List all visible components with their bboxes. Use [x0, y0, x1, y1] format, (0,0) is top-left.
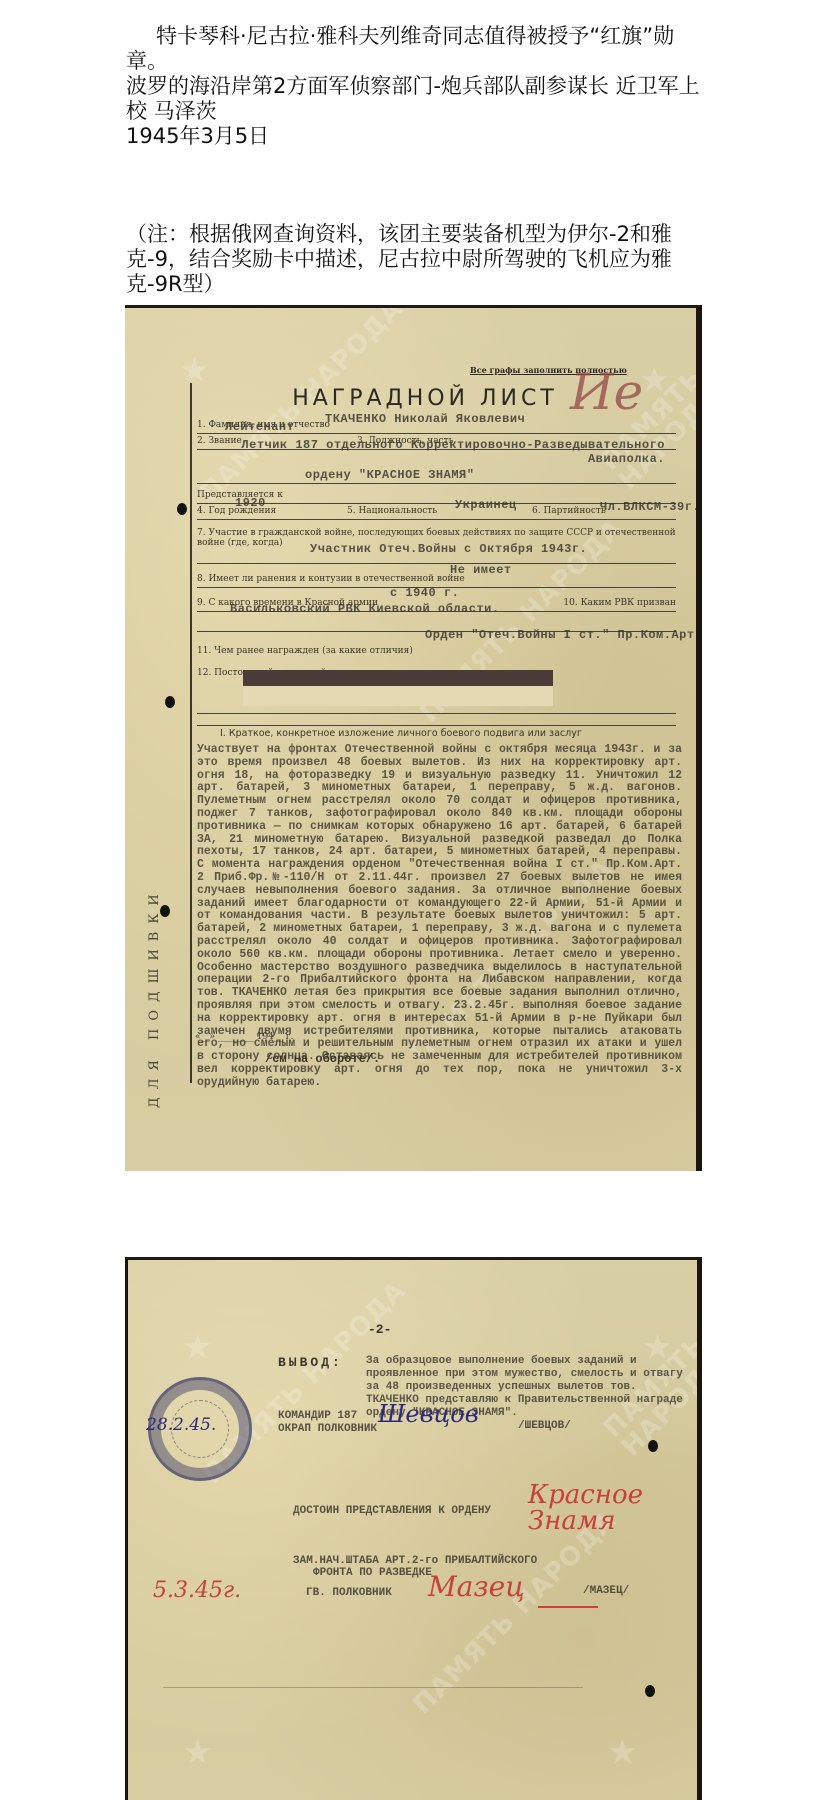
field-nationality-value: Украинец	[455, 498, 517, 512]
field-wounds-value: Не имеет	[450, 563, 512, 577]
page-number: -2-	[368, 1322, 391, 1337]
watermark-star-icon: ★	[183, 1720, 212, 1779]
commander-signature: Шевцов	[378, 1400, 479, 1428]
field-birth-year-value: 1920	[235, 496, 266, 510]
field-nominated-value: ордену "КРАСНОЕ ЗНАМЯ"	[305, 468, 474, 482]
signer-surname: /МАЗЕЦ/	[583, 1585, 629, 1597]
field-divider	[197, 712, 676, 726]
field-label: 5. Национальность	[347, 506, 437, 516]
field-party-value: Чл.ВЛКСМ-39г.	[600, 500, 700, 514]
watermark-star-icon: ★	[180, 338, 209, 397]
watermark-star-icon: ★	[640, 348, 669, 407]
award-sheet-scan-page-2: ★ ПАМЯТЬ НАРОДА ★ ПАМЯТЬ НАРОДА ПАМЯТЬ Н…	[125, 1257, 702, 1800]
signature-underline	[538, 1606, 598, 1608]
binding-line	[190, 383, 192, 1083]
award-handwritten: Красное Знамя	[528, 1482, 668, 1534]
field-draft-office-value: Васильковский РВК Киевской области.	[230, 602, 500, 616]
margin-binding-text: ДЛЯ ПОДШИВКИ	[147, 808, 167, 1108]
section-heading: I. Краткое, конкретное изложение личного…	[220, 728, 582, 739]
field-name-value: ТКАЧЕНКО Николай Яковлевич	[325, 412, 525, 426]
watermark-star-icon: ★	[183, 1315, 212, 1374]
punch-hole-icon	[160, 905, 170, 917]
field-position-value: Летчик 187 отдельного Корректировочно-Ра…	[225, 438, 665, 466]
field-label: 8. Имеет ли ранения и контузии в отечест…	[197, 574, 465, 584]
field-label: 11. Чем ранее награжден (за какие отличи…	[197, 646, 413, 656]
commander-surname: /ШЕВЦОВ/	[518, 1420, 571, 1432]
field-army-since-value: с 1940 г.	[390, 586, 459, 600]
field-rank-value: Лейтенант	[225, 420, 294, 434]
caption-line-signer: 波罗的海沿岸第2方面军侦察部门-炮兵部队副参谋长 近卫军上校 马泽茨	[126, 74, 706, 124]
field-label: 6. Партийность	[532, 506, 606, 516]
caption-note: （注：根据俄网查询资料，该团主要装备机型为伊尔-2和雅克-9，结合奖励卡中描述，…	[126, 222, 706, 297]
punch-hole-icon	[165, 696, 175, 708]
caption-line-date: 1945年3月5日	[126, 124, 706, 149]
worthy-of-award-text: ДОСТОИН ПРЕДСТАВЛЕНИЯ К ОРДЕНУ	[293, 1505, 491, 1517]
field-label: 10. Каким РВК призван	[563, 598, 676, 608]
field-war-participation-label: 7. Участие в гражданской войне, последую…	[197, 528, 676, 542]
signer-title-line: ЗАМ.НАЧ.ШТАБА АРТ.2-го ПРИБАЛТИЙСКОГО	[293, 1555, 537, 1567]
document-title: НАГРАДНОЙ ЛИСТ	[275, 386, 575, 411]
field-war-participation-value: Участник Отеч.Войны с Октября 1943г.	[310, 542, 587, 556]
signer-rank: ГВ. ПОЛКОВНИК	[306, 1587, 392, 1599]
field-previous-awards-value: Орден "Отеч.Войны I ст." Пр.Ком.Арт. 2-г…	[425, 628, 702, 642]
handwritten-mark: Ие	[570, 363, 643, 421]
redaction-bar	[243, 670, 553, 686]
caption-note-text: （注：根据俄网查询资料，该团主要装备机型为伊尔-2和雅克-9，结合奖励卡中描述，…	[126, 222, 706, 297]
punch-hole-icon	[645, 1685, 655, 1697]
punch-hole-icon	[177, 503, 187, 515]
date-line: «__» ________ 194__ г.	[195, 1032, 293, 1042]
commander-title: КОМАНДИР 187 ОКРАП ПОЛКОВНИК	[278, 1410, 388, 1436]
signer-signature: Мазец	[428, 1570, 525, 1603]
see-overleaf-note: /см на обороте/.	[265, 1052, 380, 1066]
faint-ruled-line	[163, 1687, 583, 1688]
caption-line-award: 特卡琴科·尼古拉·雅科夫列维奇同志值得被授予“红旗”勋章。	[126, 24, 706, 74]
field-previous-awards: 11. Чем ранее награжден (за какие отличи…	[197, 646, 676, 660]
commander-date: 28.2.45.	[146, 1415, 216, 1435]
watermark-star-icon: ★	[608, 1720, 637, 1779]
conclusion-label: ВЫВОД:	[278, 1355, 343, 1370]
caption-award-summary: 特卡琴科·尼古拉·雅科夫列维奇同志值得被授予“红旗”勋章。 波罗的海沿岸第2方面…	[126, 24, 706, 149]
signer-date: 5.3.45г.	[153, 1578, 241, 1603]
award-sheet-scan-page-1: ★ ПАМЯТЬ НАРОДА ★ ПАМЯТЬ НАРОДА ПАМЯТЬ Н…	[125, 305, 702, 1171]
punch-hole-icon	[648, 1440, 658, 1452]
